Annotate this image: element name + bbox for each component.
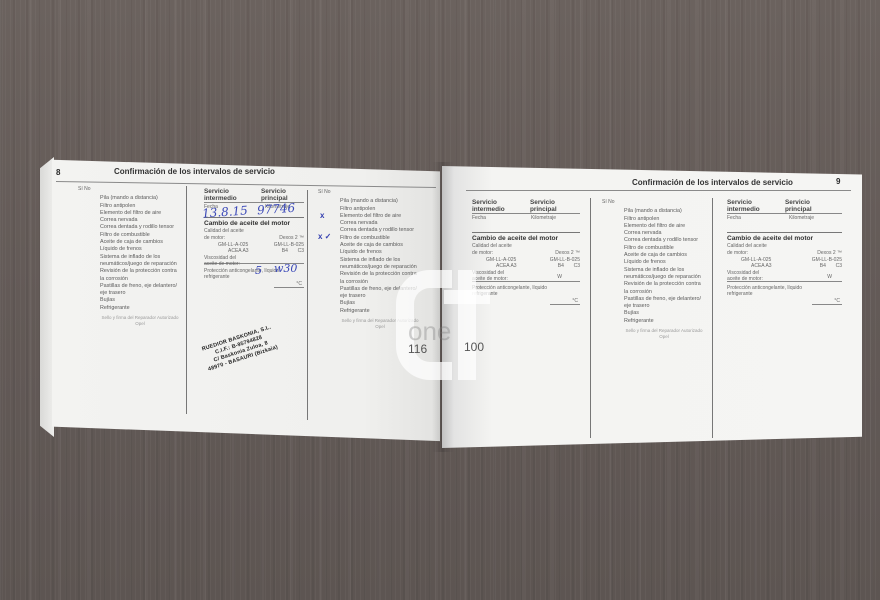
viscosity-label: Viscosidad del aceite de motor: [727,270,769,283]
oil-change-title: Cambio de aceite del motor [472,232,580,242]
service-record-box: Servicio intermedio Servicio principal F… [727,199,842,305]
header-intermediate: Servicio intermedio [204,188,247,202]
service-type-headers: Servicio intermedio Servicio principal [204,188,304,202]
right-page: Confirmación de los intervalos de servic… [442,166,862,448]
service-record-box: Servicio intermedio Servicio principal F… [472,199,580,305]
title-rule [466,190,851,191]
checklist-item: Filtro antipolen [340,206,420,213]
checklist-item: Pila (mando a distancia) [340,198,420,205]
booklet-spine [432,162,454,452]
temp-unit: °C [812,298,842,306]
check-mark-fuel-filter: x ✓ [318,232,331,241]
stamp-signature-label: Sello y firma del Reparador Autorizado O… [624,328,704,339]
checklist-item: Revisión de la protección contra la corr… [100,268,180,283]
date-km-row: Fecha Kilometraje [727,213,842,228]
checklist-item: Pastillas de freno, eje delantero/ eje t… [340,286,420,301]
header-principal: Servicio principal [530,199,574,213]
checklist-item: Correa dentada y rodillo tensor [100,224,180,231]
oil-specs: Calidad del aceite de motor: Dexos 2 ™ G… [472,243,580,305]
checklist-item: Líquido de frenos [100,246,180,253]
spec-c3: C3 [574,263,580,269]
checklist-item: Sistema de inflado de los neumáticos/jue… [100,254,180,269]
checklist-item: Elemento del filtro de aire [624,223,704,230]
yes-no-label: Sí No [78,186,180,193]
stamp-signature-label: Sello y firma del Reparador Autorizado O… [340,318,420,329]
checklist-item: Refrigerante [624,318,704,325]
antifreeze-label: Protección anticongelante, líquido refri… [472,285,562,298]
stamp-signature-label: Sello y firma del Reparador Autorizado O… [100,315,180,326]
checklist-item: Sistema de inflado de los neumáticos/jue… [624,267,704,282]
checklist-item: Pila (mando a distancia) [624,208,704,215]
checklist-item: Elemento del filtro de aire [100,210,180,217]
checklist-item: Bujías [100,297,180,304]
header-principal: Servicio principal [785,199,829,213]
km-label: Kilometraje [531,215,556,228]
checklist-item: Filtro de combustible [340,235,420,242]
checklist-item: Bujías [340,300,420,307]
checklist-item: Bujías [624,310,704,317]
check-mark-air-filter: x [320,211,324,220]
handwritten-km: 97746 [257,201,296,218]
spec-b4: B4 [282,248,288,254]
page-title: Confirmación de los intervalos de servic… [632,178,793,187]
handwritten-viscosity-2: w30 [274,262,297,275]
checklist-item: Correa nervada [340,220,420,227]
left-page: 8 Confirmación de los intervalos de serv… [52,154,440,444]
column-divider [590,198,591,438]
checklist-item: Filtro antipolen [624,216,704,223]
date-label: Fecha [727,215,741,228]
yes-no-label: Sí No [318,189,420,196]
oil-specs: Calidad del aceite de motor: Dexos 2 ™ G… [727,243,842,305]
checklist-column-2: Sí No Pila (mando a distancia) Filtro an… [340,189,420,329]
checklist-item: Revisión de la protección contra la corr… [624,281,704,296]
date-label: Fecha [472,215,486,228]
checklist-item: Revisión de la protección contra la corr… [340,271,420,286]
checklist-item: Correa nervada [624,230,704,237]
viscosity-label: Viscosidad del aceite de motor: [204,255,246,268]
oil-specs: Calidad del aceite de motor: Dexos 2 ™ G… [204,228,304,288]
viscosity-unit: W [557,274,562,281]
checklist-item: Elemento del filtro de aire [340,213,420,220]
checklist-column-1: Sí No Pila (mando a distancia) Filtro an… [100,186,180,326]
viscosity-unit: W [827,274,832,281]
checklist-item: Refrigerante [100,305,180,312]
checklist-item: Correa nervada [100,217,180,224]
column-divider [712,198,713,438]
checklist-item: Filtro de combustible [100,232,180,239]
checklist-item: Filtro de combustible [624,245,704,252]
column-divider [307,190,308,420]
checklist-item: Sistema de inflado de los neumáticos/jue… [340,257,420,272]
checklist-item: Refrigerante [340,308,420,315]
temp-unit: °C [550,298,580,306]
service-type-headers: Servicio intermedio Servicio principal [472,199,580,213]
viscosity-field: Viscosidad del aceite de motor: W [472,270,580,282]
checklist-item: Aceite de caja de cambios [340,242,420,249]
date-km-row: Fecha Kilometraje [472,213,580,228]
viscosity-field: Viscosidad del aceite de motor: W [727,270,842,282]
service-type-headers: Servicio intermedio Servicio principal [727,199,842,213]
spec-b4: B4 [558,263,564,269]
checklist-item: Correa dentada y rodillo tensor [340,227,420,234]
antifreeze-label: Protección anticongelante, líquido refri… [727,285,817,298]
checklist-item: Aceite de caja de cambios [624,252,704,259]
checklist-item: Correa dentada y rodillo tensor [624,237,704,244]
page-number: 9 [836,177,840,186]
spec-c3: C3 [298,248,304,254]
checklist-item: Pastillas de freno, eje delantero/ eje t… [100,283,180,298]
page-title: Confirmación de los intervalos de servic… [114,167,275,176]
checklist-column: Sí No Pila (mando a distancia) Filtro an… [624,199,704,339]
column-divider [186,186,187,414]
service-booklet: 8 Confirmación de los intervalos de serv… [0,0,880,600]
checklist-item: Aceite de caja de cambios [100,239,180,246]
booklet-page-edges [40,157,54,437]
yes-no-label: Sí No [602,199,704,206]
km-label: Kilometraje [789,215,814,228]
checklist-item: Líquido de frenos [624,259,704,266]
checklist-item: Pastillas de freno, eje delantero/ eje t… [624,296,704,311]
spec-c3: C3 [836,263,842,269]
oil-change-title: Cambio de aceite del motor [727,232,842,242]
viscosity-label: Viscosidad del aceite de motor: [472,270,514,283]
checklist-item: Filtro antipolen [100,203,180,210]
handwritten-viscosity-1: 5 [255,264,262,277]
header-intermediate: Servicio intermedio [472,199,516,213]
header-principal: Servicio principal [261,188,304,202]
checklist-item: Líquido de frenos [340,249,420,256]
page-number: 8 [56,168,60,177]
temp-unit: °C [274,281,304,289]
spec-b4: B4 [820,263,826,269]
checklist-item: Pila (mando a distancia) [100,195,180,202]
header-intermediate: Servicio intermedio [727,199,771,213]
